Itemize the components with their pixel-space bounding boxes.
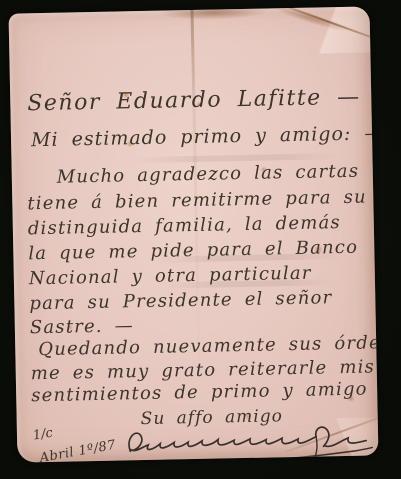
letter-line: la que me pide para el Banco bbox=[28, 237, 358, 265]
letter-line: Sastre. — bbox=[30, 315, 134, 338]
letter-line: distinguida familia, la demás bbox=[28, 212, 341, 239]
signature-flourish bbox=[120, 418, 377, 462]
letter-page: Señor Eduardo Lafitte — Mi estimado prim… bbox=[9, 6, 379, 462]
letter-line: tiene á bien remitirme para su bbox=[27, 187, 367, 215]
letter-line: Mucho agradezco las cartas que bbox=[57, 160, 379, 188]
salutation-line: Mi estimado primo y amigo: — bbox=[31, 122, 379, 151]
date-line: Abril 1º/87 bbox=[39, 438, 118, 463]
letter-line: para su Presidente el señor bbox=[29, 287, 332, 314]
recipient-line: Señor Eduardo Lafitte — bbox=[27, 85, 361, 117]
margin-note: 1/c bbox=[32, 426, 54, 444]
